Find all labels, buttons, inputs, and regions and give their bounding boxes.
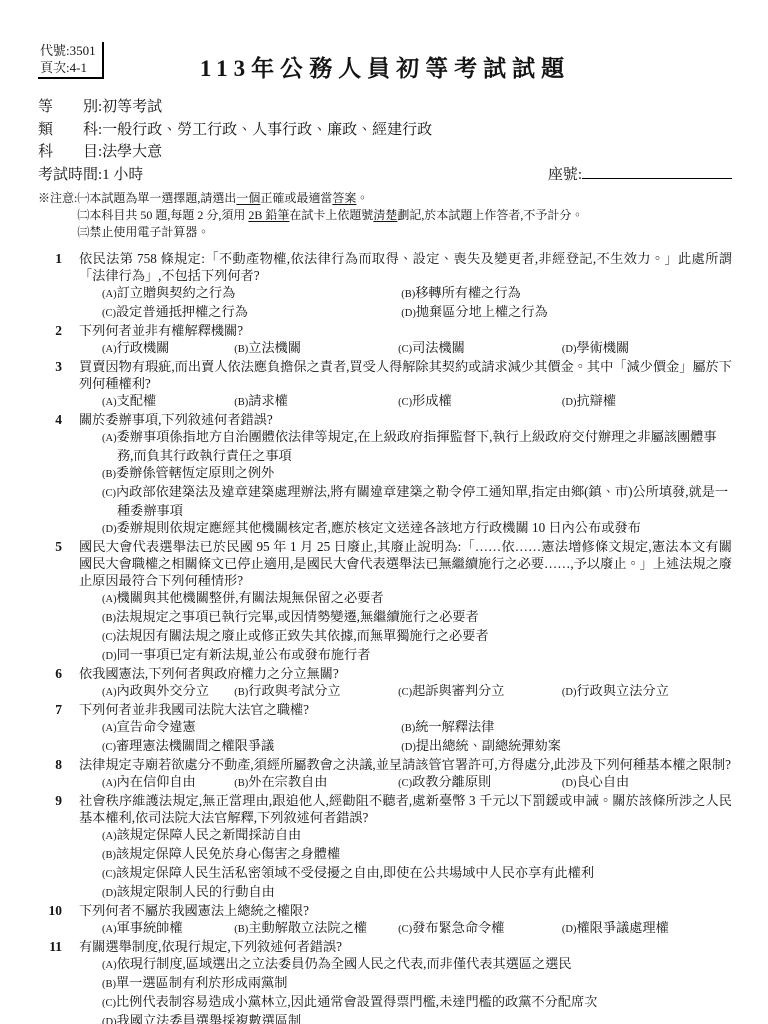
option: (C)形成權 (398, 392, 562, 411)
option-label: (A) (102, 778, 117, 789)
option-label: (D) (102, 651, 117, 662)
option-text: 主動解散立法院之權 (248, 920, 367, 935)
option-text: 立法機關 (248, 340, 301, 355)
option: (D)良心自由 (562, 773, 732, 792)
option: (A)內在信仰自由 (102, 773, 234, 792)
option: (A)行政機關 (102, 339, 234, 358)
question-body: 國民大會代表選舉法已於民國 95 年 1 月 25 日廢止,其廢止說明為:「……… (79, 538, 732, 665)
question-number: 8 (38, 756, 62, 792)
option: (D)該規定限制人民的行動自由 (102, 883, 732, 902)
page-value: 4-1 (70, 60, 87, 75)
option-label: (D) (562, 397, 577, 408)
question-number: 1 (38, 250, 62, 322)
question-stem: 買賣因物有瑕疵,而出賣人依法應負擔保之責者,買受人得解除其契約或請求減少其價金。… (79, 358, 732, 392)
exam-paper: 代號:3501 頁次:4-1 113年公務人員初等考試試題 等 別:初等考試 類… (0, 0, 768, 1024)
option-text: 司法機關 (412, 340, 465, 355)
option: (D)行政與立法分立 (562, 682, 732, 701)
underlined-text: 答案 (332, 191, 356, 205)
code-box: 代號:3501 頁次:4-1 (38, 42, 104, 79)
option-label: (D) (562, 344, 577, 355)
question-body: 依我國憲法,下列何者與政府權力之分立無關?(A)內政與外交分立(B)行政與考試分… (79, 665, 732, 701)
option-label: (A) (102, 344, 117, 355)
option: (A)宣告命令違憲 (102, 718, 401, 737)
option-label: (B) (102, 850, 116, 861)
question-body: 法律規定寺廟若欲處分不動產,須經所屬教會之決議,並呈請該管官署許可,方得處分,此… (79, 756, 732, 792)
option: (B)行政與考試分立 (234, 682, 398, 701)
option-label: (B) (401, 289, 415, 300)
options: (A)該規定保障人民之新聞採訪自由(B)該規定保障人民免於身心傷害之身體權(C)… (102, 826, 732, 902)
notice-text: 在試卡上依題號 (289, 208, 373, 222)
question: 2下列何者並非有權解釋機關?(A)行政機關(B)立法機關(C)司法機關(D)學術… (38, 322, 732, 358)
seat-number-blank (582, 165, 732, 179)
option-label: (C) (102, 488, 116, 499)
option-label: (C) (102, 308, 116, 319)
options: (A)軍事統帥權(B)主動解散立法院之權(C)發布緊急命令權(D)權限爭議處理權 (102, 919, 732, 938)
option: (B)立法機關 (234, 339, 398, 358)
option-text: 設定普通抵押權之行為 (116, 304, 248, 319)
option: (C)審理憲法機關間之權限爭議 (102, 737, 401, 756)
meta-time: 考試時間:1 小時 座號: (38, 164, 732, 187)
option: (A)內政與外交分立 (102, 682, 234, 701)
code-value: 3501 (70, 43, 96, 58)
notice-item: ㈠本試題為單一選擇題,請選出一個正確或最適當答案。 (77, 190, 732, 207)
question-body: 有關選舉制度,依現行規定,下列敘述何者錯誤?(A)依現行制度,區域選出之立法委員… (79, 938, 732, 1024)
option-text: 學術機關 (576, 340, 629, 355)
notice-text: ㈠本試題為單一選擇題,請選出 (77, 191, 236, 205)
option-text: 行政與立法分立 (576, 683, 668, 698)
notice-text: 劃記,於本試題上作答者,不予計分。 (397, 208, 583, 222)
option: (C)法規因有關法規之廢止或修正致失其依據,而無單獨施行之必要者 (102, 627, 732, 646)
exam-title: 113年公務人員初等考試試題 (38, 44, 732, 83)
option: (C)政教分離原則 (398, 773, 562, 792)
option: (B)該規定保障人民免於身心傷害之身體權 (102, 845, 732, 864)
option-text: 提出總統、副總統彈劾案 (416, 738, 561, 753)
notice-list: ㈠本試題為單一選擇題,請選出一個正確或最適當答案。㈡本科目共 50 題,每題 2… (77, 190, 732, 241)
option-label: (A) (102, 831, 117, 842)
question-list: 1依民法第 758 條規定:「不動產物權,依法律行為而取得、設定、喪失及變更者,… (38, 250, 732, 1024)
option: (C)設定普通抵押權之行為 (102, 303, 401, 322)
question-stem: 下列何者並非我國司法院大法官之職權? (79, 701, 732, 718)
option-text: 該規定限制人民的行動自由 (117, 884, 275, 899)
question: 3買賣因物有瑕疵,而出賣人依法應負擔保之責者,買受人得解除其契約或請求減少其價金… (38, 358, 732, 411)
option: (A)支配權 (102, 392, 234, 411)
question: 6依我國憲法,下列何者與政府權力之分立無關?(A)內政與外交分立(B)行政與考試… (38, 665, 732, 701)
options: (A)依現行制度,區域選出之立法委員仍為全國人民之代表,而非僅代表其選區之選民(… (102, 955, 732, 1024)
option-text: 機關與其他機關整併,有關法規無保留之必要者 (117, 590, 384, 605)
question-number: 11 (38, 938, 62, 1024)
question: 10下列何者不屬於我國憲法上總統之權限?(A)軍事統帥權(B)主動解散立法院之權… (38, 902, 732, 938)
time-label: 考試時間: (38, 167, 102, 183)
time-value: 1 小時 (102, 167, 143, 183)
option: (D)同一事項已定有新法規,並公布或發布施行者 (102, 646, 732, 665)
option: (A)訂立贈與契約之行為 (102, 284, 401, 303)
option-text: 委辦規則依規定應經其他機關核定者,應於核定文送達各該地方行政機關 10 日內公布… (117, 520, 641, 535)
option-text: 起訴與審判分立 (412, 683, 504, 698)
question-number: 5 (38, 538, 62, 665)
option-text: 宣告命令違憲 (117, 719, 196, 734)
exam-header: 代號:3501 頁次:4-1 113年公務人員初等考試試題 (38, 44, 732, 92)
option-text: 該規定保障人民之新聞採訪自由 (117, 827, 302, 842)
option: (D)學術機關 (562, 339, 732, 358)
notice-section: ※注意: ㈠本試題為單一選擇題,請選出一個正確或最適當答案。㈡本科目共 50 題… (38, 190, 732, 241)
option: (B)統一解釋法律 (401, 718, 732, 737)
option-label: (D) (562, 924, 577, 935)
question-stem: 社會秩序維護法規定,無正當理由,跟追他人,經勸阻不聽者,處新臺幣 3 千元以下罰… (79, 792, 732, 826)
code-label: 代號: (40, 43, 70, 58)
question-number: 2 (38, 322, 62, 358)
option-label: (A) (102, 960, 117, 971)
option: (C)起訴與審判分立 (398, 682, 562, 701)
option: (B)委辦係管轄恆定原則之例外 (102, 464, 732, 483)
option-label: (B) (234, 397, 248, 408)
code-row: 代號:3501 (40, 42, 96, 59)
question: 5國民大會代表選舉法已於民國 95 年 1 月 25 日廢止,其廢止說明為:「…… (38, 538, 732, 665)
question-number: 9 (38, 792, 62, 902)
option-text: 行政與考試分立 (248, 683, 340, 698)
option-label: (C) (398, 924, 412, 935)
option-text: 內政部依建築法及違章建築處理辦法,將有關違章建築之勒令停工通知單,指定由鄉(鎮、… (116, 484, 728, 518)
notice-text: 。 (356, 191, 368, 205)
question-number: 4 (38, 411, 62, 538)
option-text: 依現行制度,區域選出之立法委員仍為全國人民之代表,而非僅代表其選區之選民 (117, 956, 572, 971)
option-text: 支配權 (117, 393, 157, 408)
underlined-text: 一個 (236, 191, 260, 205)
option-label: (B) (234, 344, 248, 355)
option: (A)軍事統帥權 (102, 919, 234, 938)
level-value: 初等考試 (102, 99, 162, 115)
option-text: 權限爭議處理權 (576, 920, 668, 935)
option-text: 委辦係管轄恆定原則之例外 (116, 465, 274, 480)
option-text: 我國立法委員選舉採複數選區制 (117, 1013, 302, 1024)
page-label: 頁次: (40, 60, 70, 75)
option-text: 審理憲法機關間之權限爭議 (116, 738, 274, 753)
option-label: (C) (398, 687, 412, 698)
option-label: (D) (102, 888, 117, 899)
option-text: 移轉所有權之行為 (415, 285, 521, 300)
option: (D)拋棄區分地上權之行為 (401, 303, 732, 322)
underlined-text: 2B 鉛筆 (248, 208, 289, 222)
option-label: (C) (398, 778, 412, 789)
option: (D)抗辯權 (562, 392, 732, 411)
question: 9社會秩序維護法規定,無正當理由,跟追他人,經勸阻不聽者,處新臺幣 3 千元以下… (38, 792, 732, 902)
question-body: 買賣因物有瑕疵,而出賣人依法應負擔保之責者,買受人得解除其契約或請求減少其價金。… (79, 358, 732, 411)
question-body: 下列何者不屬於我國憲法上總統之權限?(A)軍事統帥權(B)主動解散立法院之權(C… (79, 902, 732, 938)
option: (B)主動解散立法院之權 (234, 919, 398, 938)
question-stem: 法律規定寺廟若欲處分不動產,須經所屬教會之決議,並呈請該管官署許可,方得處分,此… (79, 756, 732, 773)
option-label: (A) (102, 397, 117, 408)
options: (A)內在信仰自由(B)外在宗教自由(C)政教分離原則(D)良心自由 (102, 773, 732, 792)
option-text: 同一事項已定有新法規,並公布或發布施行者 (117, 647, 371, 662)
option: (A)該規定保障人民之新聞採訪自由 (102, 826, 732, 845)
option: (C)內政部依建築法及違章建築處理辦法,將有關違章建築之勒令停工通知單,指定由鄉… (102, 483, 732, 519)
question-stem: 依民法第 758 條規定:「不動產物權,依法律行為而取得、設定、喪失及變更者,非… (79, 250, 732, 284)
option-label: (B) (401, 723, 415, 734)
question-body: 關於委辦事項,下列敘述何者錯誤?(A)委辦事項係指地方自治團體依法律等規定,在上… (79, 411, 732, 538)
option-text: 委辦事項係指地方自治團體依法律等規定,在上級政府指揮監督下,執行上級政府交付辦理… (117, 429, 717, 463)
option-label: (B) (234, 687, 248, 698)
option: (D)我國立法委員選舉採複數選區制 (102, 1012, 732, 1024)
option: (B)請求權 (234, 392, 398, 411)
option: (B)法規規定之事項已執行完畢,或因情勢變遷,無繼續施行之必要者 (102, 608, 732, 627)
option-label: (B) (102, 469, 116, 480)
option-text: 外在宗教自由 (248, 774, 327, 789)
option-label: (C) (102, 742, 116, 753)
option-label: (A) (102, 289, 117, 300)
option-text: 請求權 (248, 393, 288, 408)
page-row: 頁次:4-1 (40, 59, 96, 76)
option: (C)該規定保障人民生活私密領域不受侵擾之自由,即使在公共場域中人民亦享有此權利 (102, 864, 732, 883)
seat-number-field: 座號: (548, 164, 732, 187)
question-number: 10 (38, 902, 62, 938)
time-field: 考試時間:1 小時 (38, 164, 143, 187)
question-stem: 下列何者並非有權解釋機關? (79, 322, 732, 339)
question-stem: 有關選舉制度,依現行規定,下列敘述何者錯誤? (79, 938, 732, 955)
option-label: (B) (102, 613, 116, 624)
option: (C)發布緊急命令權 (398, 919, 562, 938)
option-text: 拋棄區分地上權之行為 (416, 304, 548, 319)
option-text: 軍事統帥權 (117, 920, 183, 935)
subject-value: 法學大意 (102, 144, 162, 160)
question: 1依民法第 758 條規定:「不動產物權,依法律行為而取得、設定、喪失及變更者,… (38, 250, 732, 322)
question-stem: 依我國憲法,下列何者與政府權力之分立無關? (79, 665, 732, 682)
option-text: 行政機關 (117, 340, 170, 355)
option-text: 訂立贈與契約之行為 (117, 285, 236, 300)
notice-text: ㈡本科目共 50 題,每題 2 分,須用 (77, 208, 248, 222)
option-text: 法規規定之事項已執行完畢,或因情勢變遷,無繼續施行之必要者 (116, 609, 479, 624)
option: (C)司法機關 (398, 339, 562, 358)
option-text: 單一選區制有利於形成兩黨制 (116, 975, 287, 990)
option: (D)提出總統、副總統彈劾案 (401, 737, 732, 756)
options: (A)支配權(B)請求權(C)形成權(D)抗辯權 (102, 392, 732, 411)
option: (A)委辦事項係指地方自治團體依法律等規定,在上級政府指揮監督下,執行上級政府交… (102, 428, 732, 464)
option-text: 抗辯權 (576, 393, 616, 408)
option-text: 內政與外交分立 (117, 683, 209, 698)
notice-text: ㈢禁止使用電子計算器。 (77, 225, 209, 239)
exam-meta: 等 別:初等考試 類 科:一般行政、勞工行政、人事行政、廉政、經建行政 科 目:… (38, 96, 732, 186)
option: (D)權限爭議處理權 (562, 919, 732, 938)
question-number: 3 (38, 358, 62, 411)
option-label: (D) (102, 524, 117, 535)
option: (A)依現行制度,區域選出之立法委員仍為全國人民之代表,而非僅代表其選區之選民 (102, 955, 732, 974)
question-stem: 國民大會代表選舉法已於民國 95 年 1 月 25 日廢止,其廢止說明為:「……… (79, 538, 732, 589)
options: (A)委辦事項係指地方自治團體依法律等規定,在上級政府指揮監督下,執行上級政府交… (102, 428, 732, 538)
question-body: 下列何者並非有權解釋機關?(A)行政機關(B)立法機關(C)司法機關(D)學術機… (79, 322, 732, 358)
option-text: 政教分離原則 (412, 774, 491, 789)
underlined-text: 清楚 (373, 208, 397, 222)
option: (B)移轉所有權之行為 (401, 284, 732, 303)
option-label: (D) (562, 687, 577, 698)
option-label: (C) (398, 344, 412, 355)
option: (D)委辦規則依規定應經其他機關核定者,應於核定文送達各該地方行政機關 10 日… (102, 519, 732, 538)
seat-label: 座號: (548, 167, 582, 183)
option-text: 內在信仰自由 (117, 774, 196, 789)
option-label: (D) (401, 742, 416, 753)
option-text: 該規定保障人民生活私密領域不受侵擾之自由,即使在公共場域中人民亦享有此權利 (116, 865, 594, 880)
level-label: 等 別: (38, 99, 102, 115)
option-label: (D) (102, 1017, 117, 1024)
notice-item: ㈡本科目共 50 題,每題 2 分,須用 2B 鉛筆在試卡上依題號清楚劃記,於本… (77, 207, 732, 224)
question-body: 社會秩序維護法規定,無正當理由,跟追他人,經勸阻不聽者,處新臺幣 3 千元以下罰… (79, 792, 732, 902)
options: (A)宣告命令違憲(B)統一解釋法律(C)審理憲法機關間之權限爭議(D)提出總統… (102, 718, 732, 756)
option-text: 統一解釋法律 (415, 719, 494, 734)
option: (B)單一選區制有利於形成兩黨制 (102, 974, 732, 993)
question: 11有關選舉制度,依現行規定,下列敘述何者錯誤?(A)依現行制度,區域選出之立法… (38, 938, 732, 1024)
option-label: (C) (102, 998, 116, 1009)
options: (A)機關與其他機關整併,有關法規無保留之必要者(B)法規規定之事項已執行完畢,… (102, 589, 732, 665)
question: 7下列何者並非我國司法院大法官之職權?(A)宣告命令違憲(B)統一解釋法律(C)… (38, 701, 732, 756)
options: (A)訂立贈與契約之行為(B)移轉所有權之行為(C)設定普通抵押權之行為(D)拋… (102, 284, 732, 322)
option-label: (D) (401, 308, 416, 319)
option-label: (A) (102, 723, 117, 734)
meta-level: 等 別:初等考試 (38, 96, 732, 119)
option-label: (B) (102, 979, 116, 990)
option-text: 法規因有關法規之廢止或修正致失其依據,而無單獨施行之必要者 (116, 628, 489, 643)
notice-item: ㈢禁止使用電子計算器。 (77, 224, 732, 241)
option-text: 形成權 (412, 393, 452, 408)
question-number: 7 (38, 701, 62, 756)
question-body: 依民法第 758 條規定:「不動產物權,依法律行為而取得、設定、喪失及變更者,非… (79, 250, 732, 322)
option-text: 發布緊急命令權 (412, 920, 504, 935)
meta-subject: 科 目:法學大意 (38, 141, 732, 164)
option-label: (A) (102, 687, 117, 698)
subject-label: 科 目: (38, 144, 102, 160)
question: 8法律規定寺廟若欲處分不動產,須經所屬教會之決議,並呈請該管官署許可,方得處分,… (38, 756, 732, 792)
option-label: (A) (102, 924, 117, 935)
notice-text: 正確或最適當 (260, 191, 332, 205)
category-value: 一般行政、勞工行政、人事行政、廉政、經建行政 (102, 122, 432, 138)
option-text: 該規定保障人民免於身心傷害之身體權 (116, 846, 340, 861)
question-stem: 關於委辦事項,下列敘述何者錯誤? (79, 411, 732, 428)
question-stem: 下列何者不屬於我國憲法上總統之權限? (79, 902, 732, 919)
option-label: (A) (102, 594, 117, 605)
notice-prefix: ※注意: (38, 190, 77, 241)
category-label: 類 科: (38, 122, 102, 138)
options: (A)內政與外交分立(B)行政與考試分立(C)起訴與審判分立(D)行政與立法分立 (102, 682, 732, 701)
option: (A)機關與其他機關整併,有關法規無保留之必要者 (102, 589, 732, 608)
option-label: (A) (102, 433, 117, 444)
meta-category: 類 科:一般行政、勞工行政、人事行政、廉政、經建行政 (38, 119, 732, 142)
option-label: (C) (102, 869, 116, 880)
option-label: (C) (102, 632, 116, 643)
option-label: (B) (234, 924, 248, 935)
option-label: (D) (562, 778, 577, 789)
option-label: (B) (234, 778, 248, 789)
option: (B)外在宗教自由 (234, 773, 398, 792)
options: (A)行政機關(B)立法機關(C)司法機關(D)學術機關 (102, 339, 732, 358)
question-body: 下列何者並非我國司法院大法官之職權?(A)宣告命令違憲(B)統一解釋法律(C)審… (79, 701, 732, 756)
option: (C)比例代表制容易造成小黨林立,因此通常會設置得票門檻,未達門檻的政黨不分配席… (102, 993, 732, 1012)
option-label: (C) (398, 397, 412, 408)
option-text: 良心自由 (576, 774, 629, 789)
question: 4關於委辦事項,下列敘述何者錯誤?(A)委辦事項係指地方自治團體依法律等規定,在… (38, 411, 732, 538)
option-text: 比例代表制容易造成小黨林立,因此通常會設置得票門檻,未達門檻的政黨不分配席次 (116, 994, 597, 1009)
question-number: 6 (38, 665, 62, 701)
